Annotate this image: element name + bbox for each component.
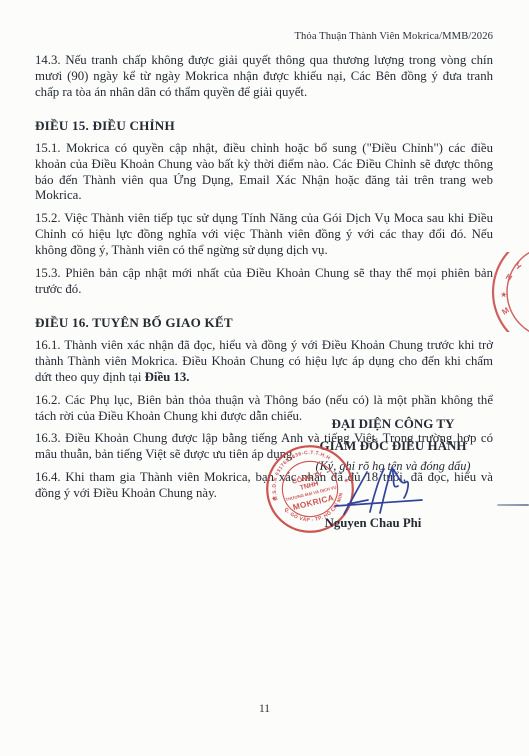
clause-15-1: 15.1. Mokrica có quyền cập nhật, điều ch…: [35, 141, 493, 205]
clause-14-3: 14.3. Nếu tranh chấp không được giải quy…: [35, 53, 493, 101]
page-edge-seal: H H ★ M: [489, 252, 529, 332]
clause-15-2: 15.2. Việc Thành viên tiếp tục sử dụng T…: [35, 211, 493, 259]
page-content: Thỏa Thuận Thành Viên Mokrica/MMB/2026 1…: [0, 0, 529, 756]
edge-seal-outer-ring: [493, 252, 529, 332]
handwritten-signature: [334, 460, 426, 518]
clause-15-3: 15.3. Phiên bản cập nhật mới nhất của Đi…: [35, 266, 493, 298]
clause-16-1-bold-ref: Điều 13.: [145, 370, 190, 384]
edge-seal-star-icon: ★: [500, 290, 508, 299]
clause-16-1: 16.1. Thành viên xác nhận đã đọc, hiểu v…: [35, 338, 493, 386]
scanned-contract-page: { "header": { "doc_ref": "Thỏa Thuận Thà…: [0, 0, 529, 756]
article-15-heading: ĐIỀU 15. ĐIỀU CHỈNH: [35, 118, 493, 134]
page-number: 11: [0, 703, 529, 715]
clause-16-1-text: 16.1. Thành viên xác nhận đã đọc, hiểu v…: [35, 338, 493, 384]
scan-fold-mark: [497, 504, 529, 506]
signature-stroke: [344, 472, 367, 514]
signature-stroke: [335, 500, 422, 506]
edge-seal-letter: H: [504, 272, 514, 283]
company-representative-label: ĐẠI DIỆN CÔNG TY: [273, 413, 513, 435]
edge-seal-letter: H: [512, 261, 523, 271]
article-16-heading: ĐIỀU 16. TUYÊN BỐ GIAO KẾT: [35, 315, 493, 331]
signer-name: Nguyen Chau Phi: [298, 516, 448, 531]
document-reference-header: Thỏa Thuận Thành Viên Mokrica/MMB/2026: [35, 31, 493, 42]
signature-stroke: [380, 468, 398, 513]
